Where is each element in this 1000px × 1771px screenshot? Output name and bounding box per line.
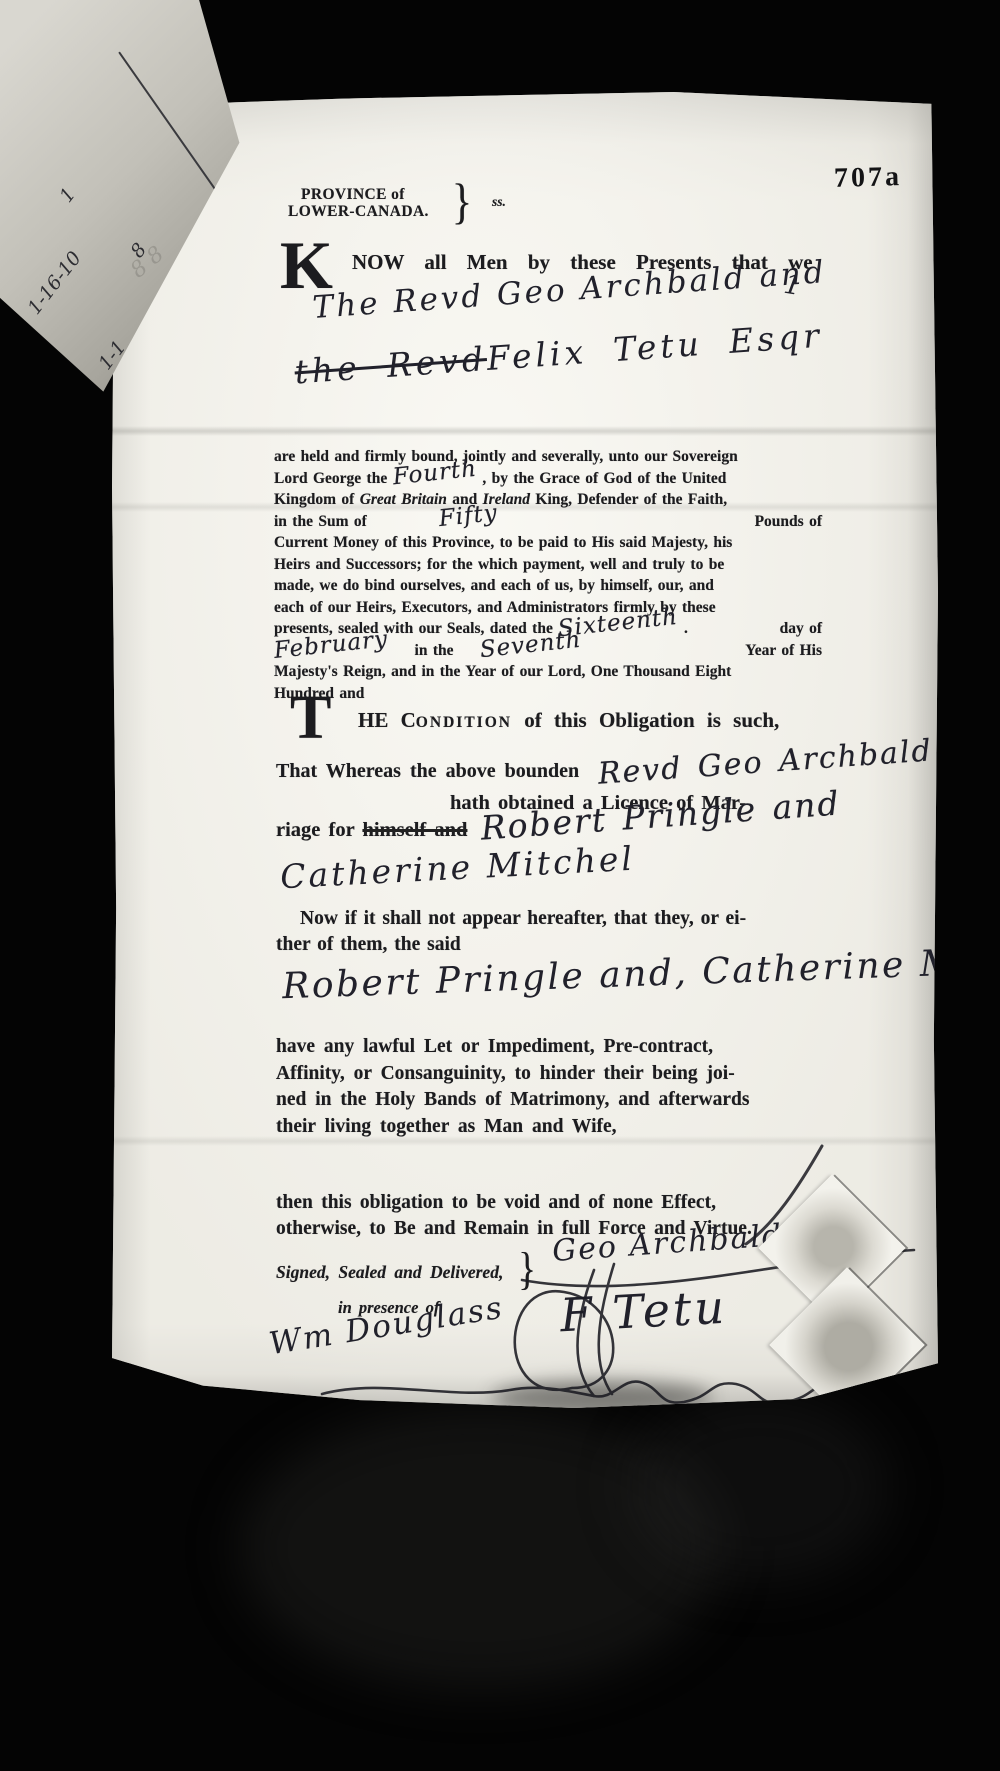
text-line: Hundred and (274, 683, 822, 705)
backdrop-shadow-blob (630, 1392, 890, 1582)
printed-smallcaps: ondition (416, 714, 512, 732)
text-line: are held and firmly bound, jointly and s… (274, 446, 822, 468)
text-line: That Whereas the above bounden Revd Geo … (276, 760, 916, 783)
printed-text: Current Money of this Province, to be pa… (274, 532, 732, 554)
printed-text: in the Sum of (274, 511, 367, 533)
text-line: Kingdom of Great Britain and Ireland Kin… (274, 489, 822, 511)
text-line: in the Sum ofFiftyPounds of (274, 511, 822, 533)
printed-text-italic: Great Britain (360, 489, 447, 511)
text-line: Februaryin theSeventhYear of His (274, 640, 822, 662)
condition-heading: HE Condition of this Obligation is such, (358, 708, 779, 733)
printed-text: Kingdom of (274, 489, 360, 511)
ss-abbreviation: ss. (492, 194, 506, 210)
text-line: Heirs and Successors; for the which paym… (274, 554, 822, 576)
text-line: Lord George the Fourth , by the Grace of… (274, 468, 822, 490)
dropcap-initial: K (280, 238, 333, 294)
jurisdiction-heading: PROVINCE of LOWER-CANADA. (288, 186, 429, 221)
text-line: riage for himself andRobert Pringle and (276, 819, 896, 842)
brace-glyph: } (518, 1242, 536, 1295)
dropcap-initial: T (290, 692, 331, 744)
handwritten-insert: February (273, 634, 388, 656)
text-line: HE Condition of this Obligation is such, (358, 708, 779, 733)
printed-text: Year of His (745, 640, 822, 662)
signed-sealed-label: Signed, Sealed and Delivered, (276, 1262, 503, 1283)
brace-glyph: } (452, 172, 472, 230)
text-line: made, we do bind ourselves, and each of … (274, 575, 822, 597)
printed-text: . (679, 618, 688, 640)
handwritten-struck-text: the Revd (293, 339, 488, 391)
figure: 1-16-10 (20, 245, 89, 321)
handwritten-stray-mark: 1 (782, 269, 805, 302)
handwritten-obligor-names: the RevdFelix Tetu Esqr (293, 316, 824, 392)
fold-crease (112, 426, 938, 436)
printed-text: Lord George the (274, 468, 393, 490)
province-line: LOWER-CANADA. (288, 203, 429, 220)
printed-text: in the (415, 640, 454, 662)
text-line: then this obligation to be void and of n… (276, 1190, 752, 1216)
text-line: Current Money of this Province, to be pa… (274, 532, 822, 554)
printed-text: of this Obligation is such, (512, 708, 779, 733)
printed-text: Heirs and Successors; for the which paym… (274, 554, 724, 576)
text-line: Majesty's Reign, and in the Year of our … (274, 661, 822, 683)
printed-text: riage for (276, 819, 362, 842)
handwritten-bride-name: Catherine Mitchel (279, 839, 636, 897)
printed-text: That Whereas the above bounden (276, 760, 588, 783)
text-line: have any lawful Let or Impediment, Pre-c… (276, 1034, 749, 1061)
text-line: ned in the Holy Bands of Matrimony, and … (276, 1087, 749, 1114)
figure: 5 (0, 189, 18, 265)
handwritten-insert: Revd Geo Archbald (598, 745, 933, 780)
whereas-clause: That Whereas the above bounden Revd Geo … (276, 760, 916, 783)
printed-struck-text: himself and (362, 819, 467, 842)
now-clause: Now if it shall not appear hereafter, th… (300, 908, 746, 930)
province-line: PROVINCE of (288, 186, 429, 203)
impediment-paragraph: have any lawful Let or Impediment, Pre-c… (276, 1034, 749, 1140)
handwritten-insert: Fourth (392, 463, 477, 482)
printed-text: are held and firmly bound, jointly and s… (274, 446, 738, 468)
figure: 1 (52, 162, 98, 209)
printed-text: Pounds of (755, 511, 822, 533)
printed-text: Majesty's Reign, and in the Year of our … (274, 661, 731, 683)
printed-text: King, Defender of the Faith, (530, 489, 727, 511)
text-line: each of our Heirs, Executors, and Admini… (274, 597, 822, 619)
printed-text: HE C (358, 708, 416, 733)
printed-text: , by the Grace of God of the United (477, 468, 726, 490)
handwritten-text: Felix Tetu Esqr (486, 316, 825, 378)
page-number-stamp: 707a (834, 161, 903, 195)
marriage-clause: riage for himself andRobert Pringle and (276, 819, 896, 842)
scanned-document-canvas: 707a PROVINCE of LOWER-CANADA. } ss. K N… (0, 0, 1000, 1771)
bond-paragraph: are held and firmly bound, jointly and s… (274, 446, 822, 704)
edge-smudge (492, 1380, 712, 1414)
text-line: Affinity, or Consanguinity, to hinder th… (276, 1061, 749, 1088)
now-clause: ther of them, the said (276, 934, 461, 956)
handwritten-insert: Fifty (438, 507, 498, 523)
document-page: 707a PROVINCE of LOWER-CANADA. } ss. K N… (112, 92, 938, 1408)
text-line: their living together as Man and Wife, (276, 1114, 749, 1141)
printed-text: made, we do bind ourselves, and each of … (274, 575, 714, 597)
second-signature: F Tetu (559, 1280, 729, 1343)
printed-text: day of (780, 618, 822, 640)
handwritten-insert: Seventh (479, 634, 581, 655)
